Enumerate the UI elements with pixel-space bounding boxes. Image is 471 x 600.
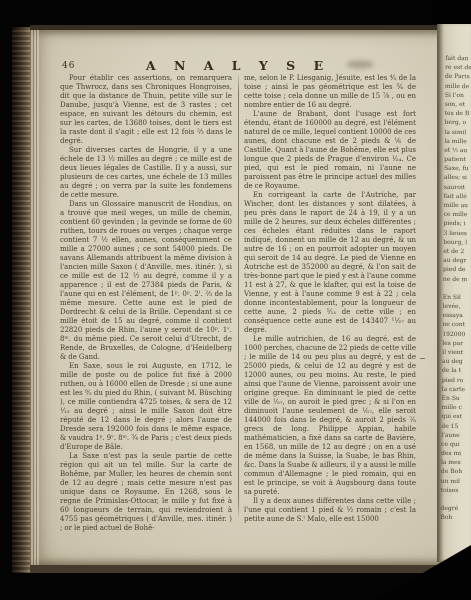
paragraph: me, selon le P. Liesganig, Jésuite, est … <box>244 74 416 110</box>
clipped-text-fragment: re est de <box>445 63 471 72</box>
clipped-text-fragment: levée, <box>443 302 471 311</box>
clipped-text-fragment: patient <box>444 155 471 164</box>
clipped-text-fragment: son, et <box>445 100 471 109</box>
book-page: 46 A N A L Y S E Pour établir ces assert… <box>30 25 448 573</box>
clipped-text-fragment: ne de m <box>443 274 471 283</box>
ink-smudge <box>346 60 374 69</box>
clipped-text-fragment: de Paris <box>445 72 471 81</box>
clipped-text-fragment: ne cont <box>442 320 470 329</box>
column-divider-rule <box>238 75 239 517</box>
clipped-text-fragment: 192000 <box>442 330 470 339</box>
clipped-text-fragment: pied de <box>443 265 471 274</box>
clipped-text-fragment: qui est <box>441 412 469 421</box>
clipped-text-fragment: toises <box>441 486 469 495</box>
photo-corner-top-right <box>431 0 471 24</box>
paragraph: En corrigeant la carte de l'Autriche, pa… <box>244 191 416 335</box>
clipped-text-fragment: il vient <box>442 348 470 357</box>
clipped-text-fragment: la mille <box>444 137 471 146</box>
clipped-text-fragment: de 15 <box>441 421 469 430</box>
clipped-text-fragment: Boh <box>440 513 468 522</box>
clipped-text-fragment: l'aune <box>441 431 469 440</box>
clipped-text-fragment: et ⅓ au <box>444 146 471 155</box>
clipped-text-fragment: des mi <box>441 449 469 458</box>
paragraph: En Saxe, sous le roi Auguste, en 1712, l… <box>60 362 232 452</box>
clipped-text-fragment: tes de B <box>445 109 471 118</box>
clipped-text-fragment: berg, o <box>445 118 471 127</box>
text-column-left: Pour établir ces assertions, on remarque… <box>60 74 232 533</box>
clipped-text-fragment: la simil <box>444 127 471 136</box>
clipped-text-fragment: ce qui <box>441 440 469 449</box>
clipped-text-fragment: fait dan <box>445 54 471 63</box>
text-columns: Pour établir ces assertions, on remarque… <box>60 74 416 533</box>
clipped-text-fragment: de Boh <box>441 467 469 476</box>
clipped-text-column: fait danre est dede Parismille deSi l'on… <box>437 22 471 523</box>
clipped-text-fragment: la mes <box>441 458 469 467</box>
paragraph: Pour établir ces assertions, on remarque… <box>60 74 232 146</box>
clipped-text-fragment: mille au <box>444 201 471 210</box>
clipped-text-fragment: ce mille <box>444 210 471 219</box>
clipped-text-fragment: la carte <box>442 385 470 394</box>
page-header: 46 A N A L Y S E <box>60 57 416 73</box>
clipped-text-fragment: mille c <box>442 403 470 412</box>
clipped-text-fragment: 3 lieues <box>443 228 471 237</box>
paragraph: L'aune de Brabant, dont l'usage est fort… <box>244 110 416 191</box>
clipped-text-fragment: pied ro <box>442 375 470 384</box>
paragraph: Le mille autrichien, de 16 au degré, est… <box>244 335 416 497</box>
clipped-text-fragment: degré <box>440 504 468 513</box>
paragraph: La Saxe n'est pas la seule partie de cet… <box>60 452 232 533</box>
clipped-text-fragment: les par <box>442 339 470 348</box>
clipped-text-fragment: de la t <box>442 366 470 375</box>
text-column-right: me, selon le P. Liesganig, Jésuite, est … <box>244 74 416 533</box>
clipped-text-fragment: Si l'on <box>445 91 471 100</box>
clipped-text-fragment: sauroit <box>444 183 471 192</box>
clipped-text-fragment: bourg, l <box>443 238 471 247</box>
clipped-text-fragment: Saxe, fu <box>444 164 471 173</box>
clipped-text-fragment: essaya <box>442 311 470 320</box>
paragraph: Sur diverses cartes de Hongrie, il y a u… <box>60 146 232 200</box>
clipped-text-fragment: et de 2 <box>443 247 471 256</box>
adjacent-page-edge: fait danre est dede Parismille deSi l'on… <box>437 22 471 562</box>
paragraph: Dans un Glossaire manuscrit de Hondius, … <box>60 200 232 362</box>
clipped-text-fragment: En Sil <box>443 293 471 302</box>
clipped-text-fragment: mille de <box>445 81 471 90</box>
clipped-text-fragment: En Su <box>442 394 470 403</box>
stacked-page-edges <box>30 30 39 565</box>
margin-mark <box>420 358 425 359</box>
book-spine-edge <box>12 27 32 573</box>
spine-texture <box>12 27 32 573</box>
clipped-text-fragment: au degr <box>443 256 471 265</box>
clipped-text-fragment: alles; si <box>444 173 471 182</box>
clipped-text-fragment: fait allé <box>444 192 471 201</box>
clipped-text-fragment: un mil <box>441 476 469 485</box>
clipped-text-fragment: au deg <box>442 357 470 366</box>
clipped-text-fragment <box>441 495 469 504</box>
book-photo: 46 A N A L Y S E Pour établir ces assert… <box>0 0 471 600</box>
clipped-text-fragment: pieds; i <box>443 219 471 228</box>
paragraph: Il y a deux aunes différentes dans cette… <box>244 497 416 524</box>
clipped-text-fragment <box>443 284 471 293</box>
